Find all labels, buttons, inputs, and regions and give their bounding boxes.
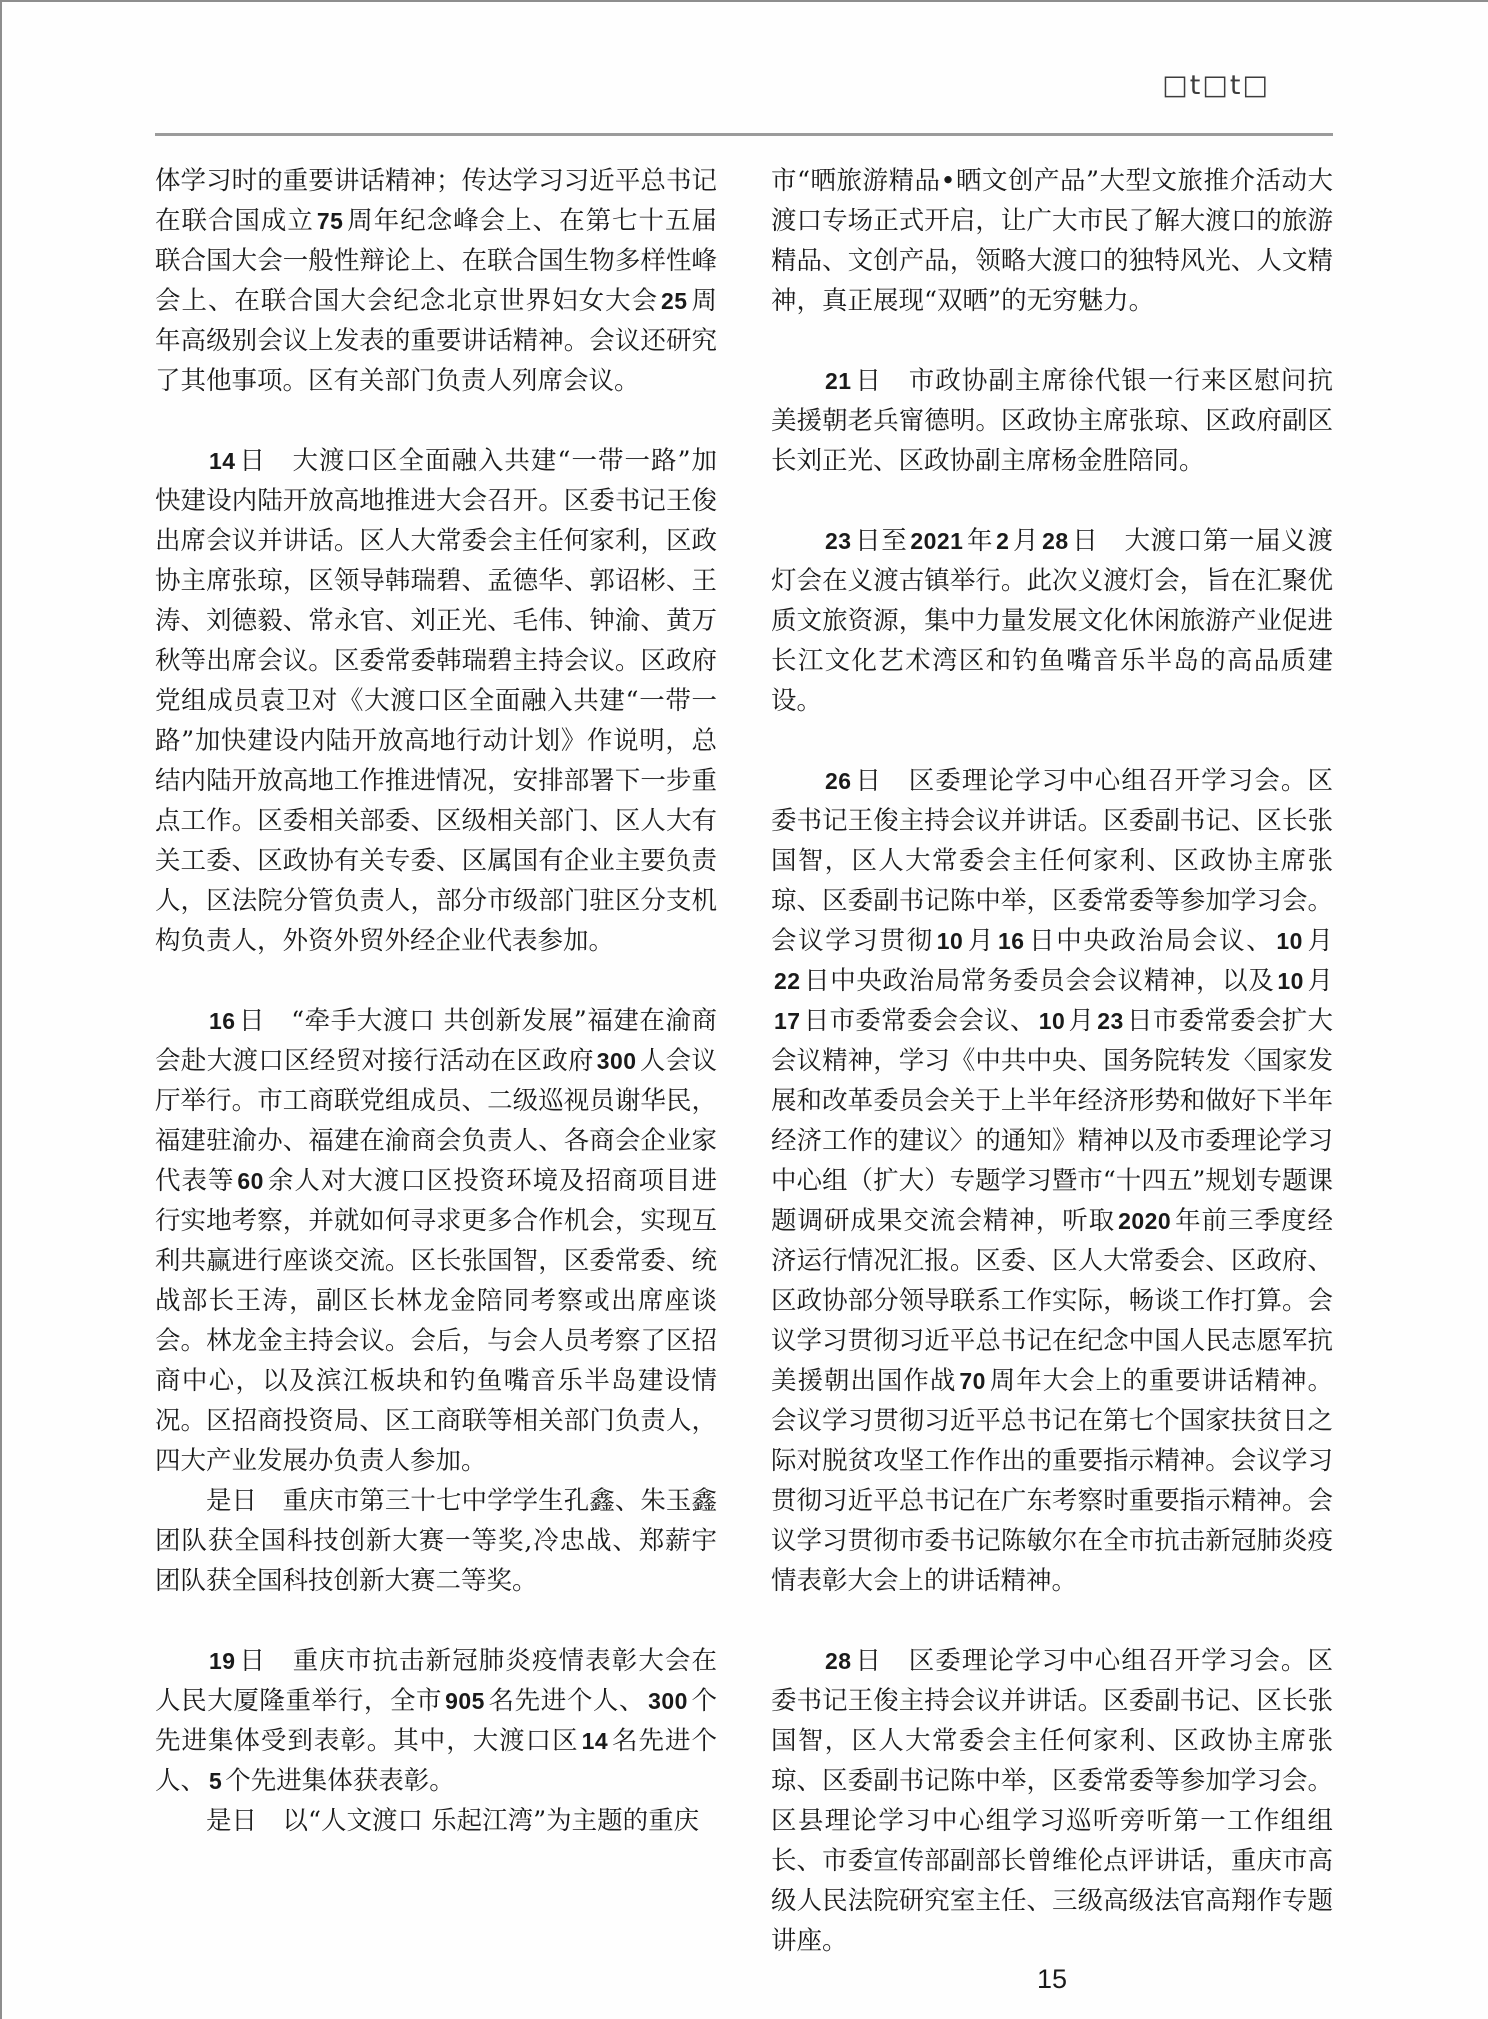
entry-paragraph-day19: 19日 重庆市抗击新冠肺炎疫情表彰大会在人民大厦隆重举行，全市905名先进个人、… — [155, 1641, 717, 1801]
entry-paragraph-day21: 21日 市政协副主席徐代银一行来区慰问抗美援朝老兵甯德明。区政协主席张琼、区政府… — [771, 361, 1333, 481]
entry-paragraph-day26: 26日 区委理论学习中心组召开学习会。区委书记王俊主持会议并讲话。区委副书记、区… — [771, 761, 1333, 1601]
text-column-right: 市“晒旅游精品•晒文创产品”大型文旅推介活动大渡口专场正式开启，让广大市民了解大… — [771, 161, 1333, 1961]
header-rule — [155, 133, 1333, 136]
running-header-title: □t□t□ — [1040, 70, 1270, 101]
entry-paragraph-day14: 14日 大渡口区全面融入共建“一带一路”加快建设内陆开放高地推进大会召开。区委书… — [155, 441, 717, 961]
entry-paragraph-day23: 23日至2021年2月28日 大渡口第一届义渡灯会在义渡古镇举行。此次义渡灯会，… — [771, 521, 1333, 721]
entry-paragraph-sameday-2: 是日 以“人文渡口 乐起江湾”为主题的重庆 — [155, 1801, 717, 1841]
text-column-left: 体学习时的重要讲话精神；传达学习习近平总书记在联合国成立75周年纪念峰会上、在第… — [155, 161, 717, 1841]
page-scan-edge-top — [0, 0, 1488, 2]
page-number: 15 — [771, 1964, 1333, 1995]
entry-paragraph-continuation-right: 市“晒旅游精品•晒文创产品”大型文旅推介活动大渡口专场正式开启，让广大市民了解大… — [771, 161, 1333, 321]
page-scan-edge-left — [0, 0, 2, 2019]
entry-paragraph-sameday-1: 是日 重庆市第三十七中学学生孔鑫、朱玉鑫团队获全国科技创新大赛一等奖,冷忠战、郑… — [155, 1481, 717, 1601]
entry-paragraph-day16: 16日 “牵手大渡口 共创新发展”福建在渝商会赴大渡口区经贸对接行活动在区政府3… — [155, 1001, 717, 1481]
entry-paragraph-continuation: 体学习时的重要讲话精神；传达学习习近平总书记在联合国成立75周年纪念峰会上、在第… — [155, 161, 717, 401]
entry-paragraph-day28: 28日 区委理论学习中心组召开学习会。区委书记王俊主持会议并讲话。区委副书记、区… — [771, 1641, 1333, 1961]
